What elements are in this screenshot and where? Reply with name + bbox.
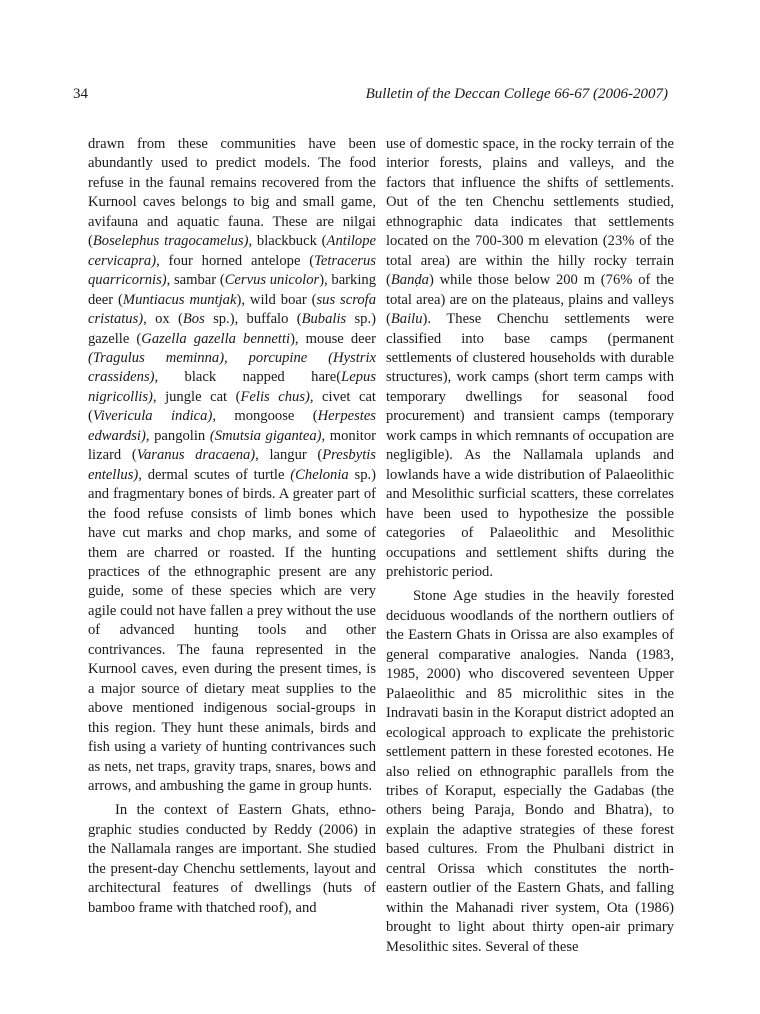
paragraph: drawn from these communities have been a…	[88, 135, 376, 796]
italic-term: Felis chus)	[241, 389, 310, 405]
running-title: Bulletin of the Deccan College 66-67 (20…	[366, 84, 668, 104]
italic-term: (Smutsia gigantea),	[210, 428, 325, 444]
right-column: use of domestic space, in the rocky terr…	[386, 135, 674, 957]
page-header: 34 Bulletin of the Deccan College 66-67 …	[73, 84, 668, 106]
left-column: drawn from these communities have been a…	[88, 135, 376, 918]
paragraph: In the context of Eastern Ghats, ethno-g…	[88, 801, 376, 918]
italic-term: Muntiacus muntjak	[123, 292, 237, 308]
italic-term: Varanus dracaena)	[137, 447, 255, 463]
italic-term: (Tragulus meminna), porcupine (Hystrix c…	[88, 350, 376, 385]
italic-term: Cervus unicolor	[225, 272, 320, 288]
paragraph: Stone Age studies in the heavily foreste…	[386, 587, 674, 957]
italic-term: Gazella gazella bennetti	[141, 331, 290, 347]
italic-term: Vivericula indica)	[93, 408, 212, 424]
italic-term: Banḍa	[391, 272, 429, 288]
page-number: 34	[73, 84, 88, 104]
italic-term: Bubalis	[302, 311, 347, 327]
italic-term: (Chelonia	[290, 467, 348, 483]
italic-term: Bailu	[391, 311, 423, 327]
paragraph: use of domestic space, in the rocky terr…	[386, 135, 674, 582]
italic-term: Bos	[183, 311, 205, 327]
italic-term: Boselephus tragocamelus),	[93, 233, 252, 249]
